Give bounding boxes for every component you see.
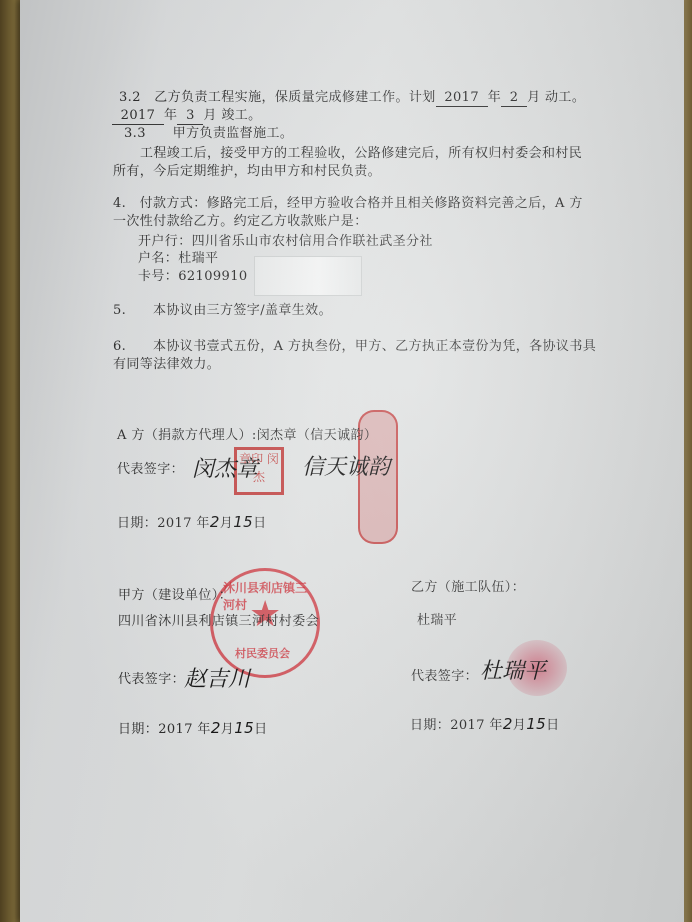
clause-3-2-line2: 2017年3月 竣工。 [112,108,262,125]
contract-page: 3.2 乙方负责工程实施，保质量完成修建工作。计划2017年2月 动工。 201… [20,0,684,922]
date-day: 15 [234,719,254,737]
party-jia-label: 甲方（建设单位）： [118,588,232,604]
end-year: 2017 [112,108,164,125]
date-day-label: 日 [546,718,559,733]
date-day-label: 日 [254,722,267,737]
party-a-sign-label: 代表签字： [117,462,184,478]
date-prefix: 日期：2017 年 [410,718,503,733]
date-month: 2 [210,513,220,531]
party-yi-label: 乙方（施工队伍）： [411,580,525,596]
date-prefix: 日期：2017 年 [118,722,211,737]
party-jia-org: 四川省沐川县利店镇三河村村委会 [118,614,319,630]
clause-3-2-text: 3.2 乙方负责工程实施，保质量完成修建工作。计划 [119,90,436,105]
start-month: 2 [501,90,527,107]
party-a-signature-2: 信天诚韵 [302,456,390,480]
start-year: 2017 [436,90,488,107]
party-yi-signature: 杜瑞平 [480,660,546,684]
clause-3-2-line1: 3.2 乙方负责工程实施，保质量完成修建工作。计划2017年2月 动工。 [119,90,585,107]
clause-5: 5. 本协议由三方签字/盖章生效。 [113,303,332,319]
end-month: 3 [177,108,203,125]
clause-6-line2: 有同等法律效力。 [113,357,220,373]
date-day: 15 [233,513,253,531]
bank-name: 开户行：四川省乐山市农村信用合作联社武圣分社 [138,234,433,250]
start-suffix: 月 动工。 [527,90,585,105]
party-jia-sign-label: 代表签字： [118,672,185,688]
date-day: 15 [526,715,546,733]
date-prefix: 日期：2017 年 [117,516,210,531]
end-suffix: 月 竣工。 [203,108,261,123]
date-month: 2 [211,719,221,737]
clause-3-3: 3.3 甲方负责监督施工。 [124,126,293,142]
date-month: 2 [503,715,513,733]
party-jia-signature: 赵吉川 [184,668,250,692]
clause-4-line1: 4. 付款方式：修路完工后，经甲方验收合格并且相关修路资料完善之后，A 方 [113,196,583,212]
date-month-label: 月 [220,516,233,531]
clause-3-3-body-2: 所有，今后定期维护，均由甲方和村民负责。 [113,164,381,180]
redaction-box [254,256,362,296]
clause-4-line2: 一次性付款给乙方。约定乙方收款账户是： [113,214,368,230]
clause-3-3-body-1: 工程竣工后，接受甲方的工程验收，公路修建完后，所有权归村委会和村民 [140,146,582,162]
party-a-date: 日期：2017 年2月15日 [117,514,266,532]
party-yi-sign-label: 代表签字： [411,669,478,685]
date-month-label: 月 [221,722,234,737]
clause-6-line1: 6. 本协议书壹式五份，A 方执叁份，甲方、乙方执正本壹份为凭，各协议书具 [113,339,596,355]
party-a-signature-1: 闵杰章 [192,458,258,482]
party-yi-date: 日期：2017 年2月15日 [410,716,559,734]
seal-bottom-text: 村民委员会 [235,645,290,661]
date-day-label: 日 [253,516,266,531]
account-name: 户名：杜瑞平 [138,251,218,267]
date-month-label: 月 [513,718,526,733]
card-number: 卡号：62109910 [138,269,248,285]
party-jia-date: 日期：2017 年2月15日 [118,720,267,738]
party-yi-name: 杜瑞平 [417,613,457,629]
year-label: 年 [488,90,501,105]
party-a-label: A 方（捐款方代理人）:闵杰章（信天诚韵） [117,428,377,444]
year-label: 年 [164,108,177,123]
